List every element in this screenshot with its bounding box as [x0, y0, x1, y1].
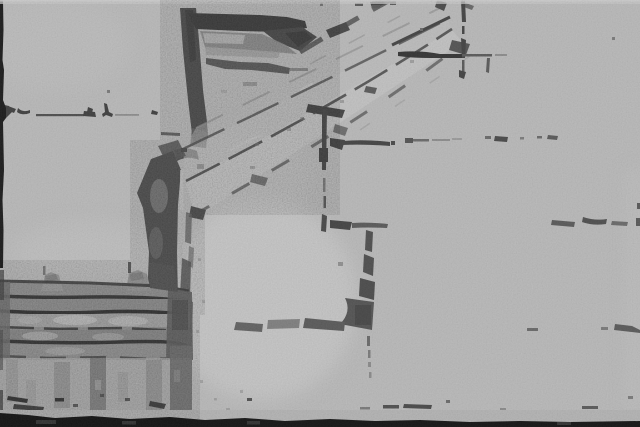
photograph: Stone cornice corner and diagonal raking…: [0, 0, 640, 427]
film-grain-overlay: [0, 0, 640, 427]
photo-canvas: Stone cornice corner and diagonal raking…: [0, 0, 640, 427]
